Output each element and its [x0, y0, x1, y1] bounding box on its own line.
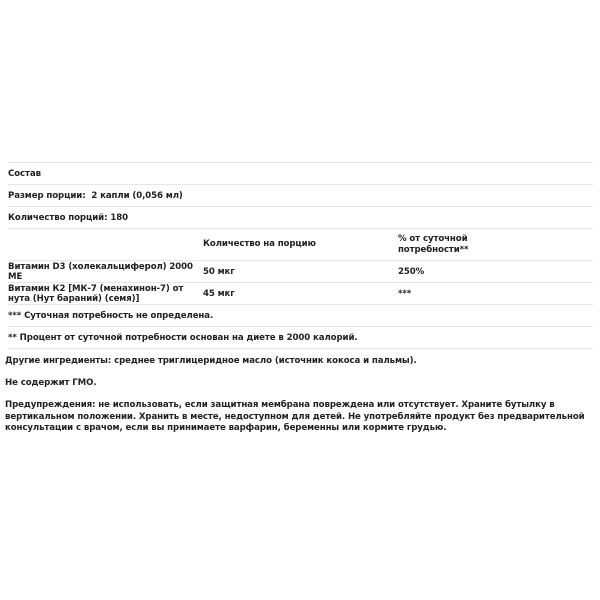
column-header-amount: Количество на порцию: [203, 229, 398, 261]
servings-value: 180: [110, 213, 128, 223]
serving-size-row: Размер порции: 2 капли (0,056 мл): [8, 185, 593, 207]
footnote-daily-value-not-established: *** Суточная потребность не определена.: [8, 305, 593, 327]
nutrient-row: Витамин D3 (холекальциферол) 2000 МЕ 50 …: [8, 261, 593, 283]
nutrient-daily-value: ***: [398, 283, 593, 305]
facts-title-row: Состав: [8, 163, 593, 185]
supplement-facts-panel: Состав Размер порции: 2 капли (0,056 мл)…: [8, 162, 593, 349]
servings-label: Количество порций:: [8, 213, 107, 223]
column-header-daily-value: % от суточной потребности**: [398, 229, 593, 261]
daily-value-header-line1: % от суточной: [398, 234, 593, 245]
warnings-line-2: вертикальном положении. Хранить в месте,…: [5, 412, 595, 424]
warnings: Предупреждения: не использовать, если за…: [5, 400, 595, 435]
nutrient-amount: 45 мкг: [203, 283, 398, 305]
servings: Количество порций: 180: [8, 207, 593, 229]
serving-size: Размер порции: 2 капли (0,056 мл): [8, 185, 593, 207]
nutrient-row: Витамин К2 [МК-7 (менахинон-7) от нута (…: [8, 283, 593, 305]
servings-row: Количество порций: 180: [8, 207, 593, 229]
serving-size-label: Размер порции:: [8, 191, 86, 201]
other-info: Другие ингредиенты: среднее триглицеридн…: [5, 356, 595, 435]
serving-size-value: 2 капли (0,056 мл): [91, 191, 182, 201]
other-ingredients: Другие ингредиенты: среднее триглицеридн…: [5, 356, 595, 368]
supplement-facts-table: Состав Размер порции: 2 капли (0,056 мл)…: [8, 162, 593, 349]
nutrient-daily-value: 250%: [398, 261, 593, 283]
daily-value-header-line2: потребности**: [398, 245, 593, 256]
column-header-name: [8, 229, 203, 261]
footnote-percent-daily-value: ** Процент от суточной потребности основ…: [8, 327, 593, 349]
gmo-statement: Не содержит ГМО.: [5, 378, 595, 390]
facts-title: Состав: [8, 163, 593, 185]
footnote-row: *** Суточная потребность не определена.: [8, 305, 593, 327]
nutrient-name: Витамин D3 (холекальциферол) 2000 МЕ: [8, 261, 203, 283]
warnings-line-3: консультации с врачом, если вы принимает…: [5, 423, 595, 435]
footnote-row: ** Процент от суточной потребности основ…: [8, 327, 593, 349]
nutrient-amount: 50 мкг: [203, 261, 398, 283]
nutrient-name: Витамин К2 [МК-7 (менахинон-7) от нута (…: [8, 283, 203, 305]
warnings-line-1: Предупреждения: не использовать, если за…: [5, 400, 595, 412]
column-header-row: Количество на порцию % от суточной потре…: [8, 229, 593, 261]
